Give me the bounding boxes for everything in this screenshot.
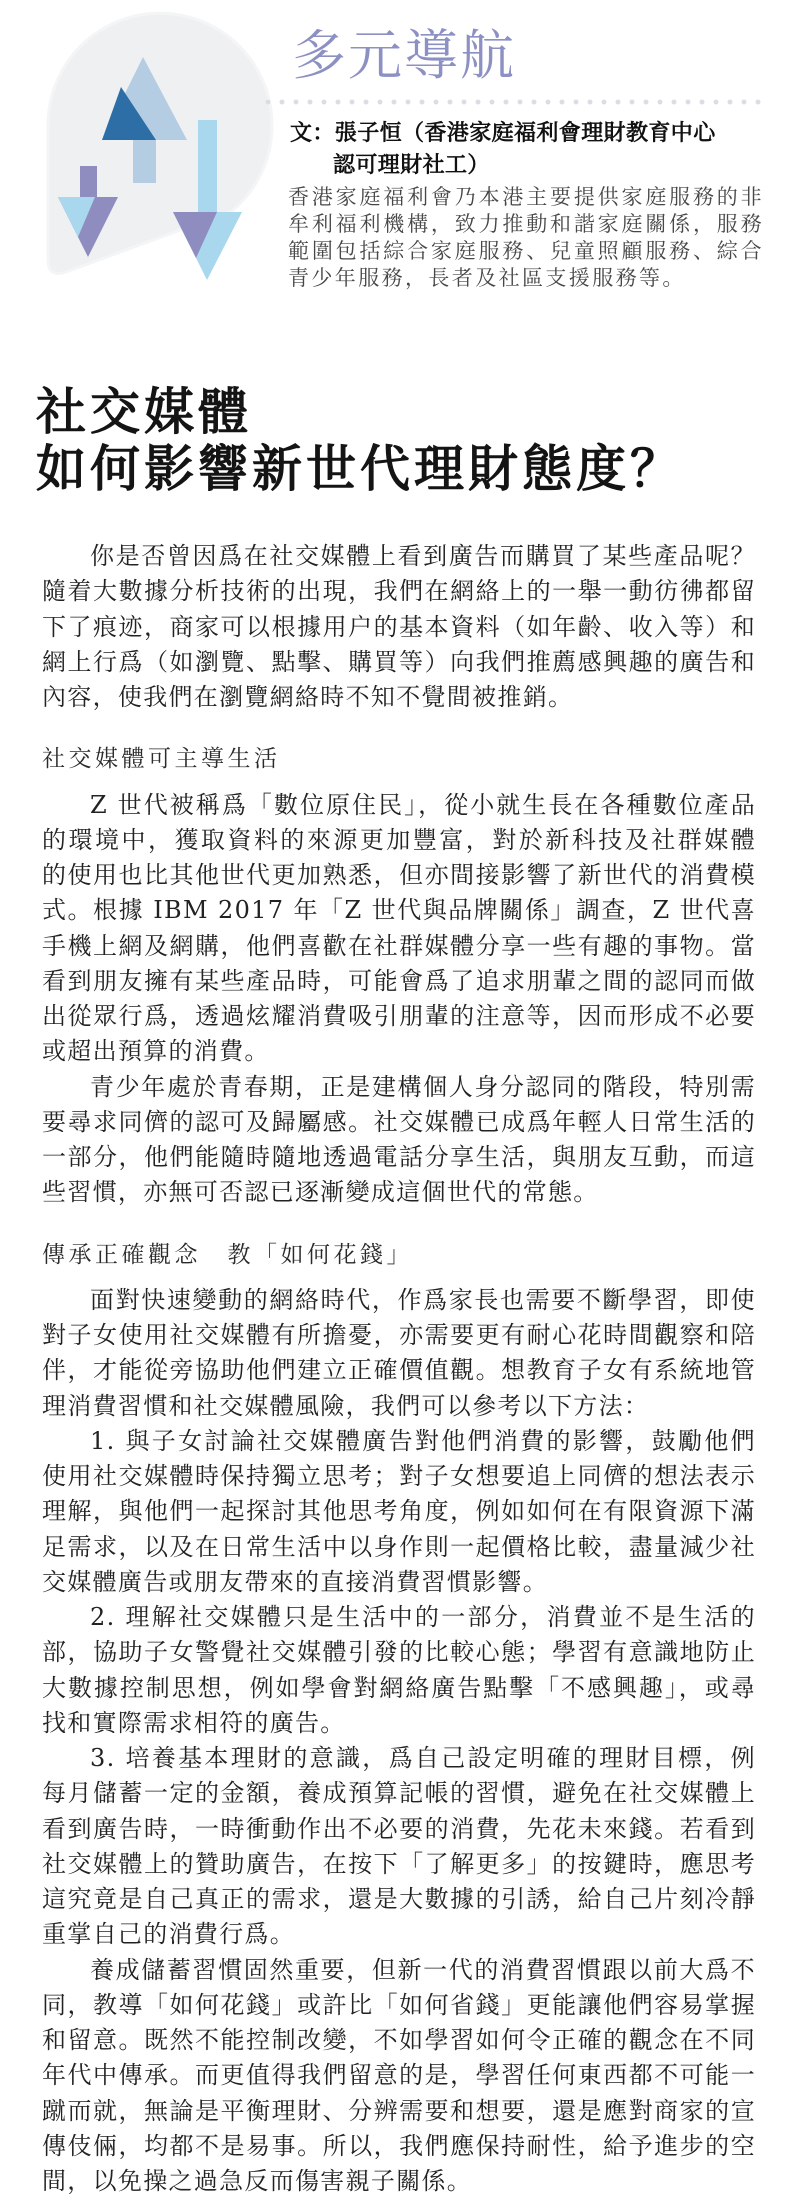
paragraph-line: 每月儲蓄一定的金額，養成預算記帳的習慣，避免在社交媒體上: [42, 1776, 756, 1811]
paragraph-line: 對子女使用社交媒體有所擔憂，亦需要更有耐心花時間觀察和陪: [42, 1318, 756, 1353]
paragraph-line: 大數據控制思想，例如學會對網絡廣告點擊「不感興趣」，或尋: [42, 1671, 756, 1706]
description-line: 範圍包括綜合家庭服務、兒童照顧服務、綜合: [288, 238, 764, 265]
paragraph-line: 和留意。既然不能控制改變，不如學習如何令正確的觀念在不同: [42, 2023, 756, 2058]
paragraph-line: 要尋求同儕的認可及歸屬感。社交媒體已成爲年輕人日常生活的: [42, 1105, 756, 1140]
paragraph-line: 下了痕迹，商家可以根據用户的基本資料（如年齡、收入等）和: [42, 610, 756, 645]
dotted-divider: [265, 99, 761, 105]
paragraph-line: 這究竟是自己真正的需求，還是大數據的引誘，給自己片刻冷靜: [42, 1882, 756, 1917]
paragraph-line: 1. 與子女討論社交媒體廣告對他們消費的影響，鼓勵他們在: [42, 1424, 756, 1459]
paragraph-line: 社交媒體上的贊助廣告，在按下「了解更多」的按鍵時，應思考: [42, 1847, 756, 1882]
up-down-arrows-icon: [0, 0, 300, 300]
paragraph-line: 面對快速變動的網絡時代，作爲家長也需要不斷學習，即使: [42, 1283, 756, 1318]
description-line: 青少年服務，長者及社區支援服務等。: [288, 265, 764, 292]
paragraph-line: 同，教導「如何花錢」或許比「如何省錢」更能讓他們容易掌握: [42, 1988, 756, 2023]
list-item-2: 2. 理解社交媒體只是生活中的一部分，消費並不是生活的全 部，協助子女警覺社交媒…: [42, 1600, 756, 1741]
paragraph-line: 使用社交媒體時保持獨立思考；對子女想要追上同儕的想法表示: [42, 1459, 756, 1494]
paragraph-line: 網上行爲（如瀏覽、點擊、購買等）向我們推薦感興趣的廣告和: [42, 645, 756, 680]
large-down-arrow-stem: [198, 120, 217, 212]
headline-line: 如何影響新世代理財態度？: [36, 440, 684, 497]
paragraph-line: 的使用也比其他世代更加熟悉，但亦間接影響了新世代的消費模: [42, 858, 756, 893]
paragraph-line: 手機上網及網購，他們喜歡在社群媒體分享一些有趣的事物。當: [42, 929, 756, 964]
paragraph-line: 間，以免操之過急反而傷害親子關係。: [42, 2164, 756, 2199]
paragraph-line: 重掌自己的消費行爲。: [42, 1917, 756, 1952]
small-down-arrow-stem: [80, 166, 97, 197]
paragraph-conclusion: 養成儲蓄習慣固然重要，但新一代的消費習慣跟以前大爲不 同，教導「如何花錢」或許比…: [42, 1953, 756, 2200]
headline-line: 社交媒體: [36, 383, 684, 440]
byline-author: 文：張子恒（香港家庭福利會理財教育中心: [290, 118, 716, 148]
newspaper-column-page: 多元導航 文：張子恒（香港家庭福利會理財教育中心 認可理財社工） 香港家庭福利會…: [0, 0, 805, 2200]
article-headline: 社交媒體 如何影響新世代理財態度？: [36, 383, 684, 497]
paragraph-line: 內容，使我們在瀏覽網絡時不知不覺間被推銷。: [42, 680, 756, 715]
paragraph-line: 式。根據 IBM 2017 年「Z 世代與品牌關係」調查，Z 世代喜歡用: [42, 893, 756, 928]
article-body: 你是否曾因爲在社交媒體上看到廣告而購買了某些產品呢？ 隨着大數據分析技術的出現，…: [42, 539, 756, 2199]
paragraph-line: 足需求，以及在日常生活中以身作則一起價格比較，盡量減少社: [42, 1530, 756, 1565]
paragraph-line: 傳伎倆，均都不是易事。所以，我們應保持耐性，給予進步的空: [42, 2129, 756, 2164]
paragraph-line: 蹴而就，無論是平衡理財、分辨需要和想要，還是應對商家的宣: [42, 2094, 756, 2129]
paragraph-line: 養成儲蓄習慣固然重要，但新一代的消費習慣跟以前大爲不: [42, 1953, 756, 1988]
paragraph-intro: 你是否曾因爲在社交媒體上看到廣告而購買了某些產品呢？ 隨着大數據分析技術的出現，…: [42, 539, 756, 715]
paragraph-line: 伴，才能從旁協助他們建立正確價值觀。想教育子女有系統地管: [42, 1353, 756, 1388]
column-title: 多元導航: [292, 24, 516, 88]
paragraph-line: 一部分，他們能隨時隨地透過電話分享生活，與朋友互動，而這: [42, 1140, 756, 1175]
section-subheading: 傳承正確觀念 教「如何花錢」: [42, 1238, 756, 1273]
paragraph: 青少年處於青春期，正是建構個人身分認同的階段，特別需 要尋求同儕的認可及歸屬感。…: [42, 1070, 756, 1211]
paragraph-line: 理解，與他們一起探討其他思考角度，例如如何在有限資源下滿: [42, 1494, 756, 1529]
description-line: 香港家庭福利會乃本港主要提供家庭服務的非: [288, 184, 764, 211]
paragraph-line: 或超出預算的消費。: [42, 1034, 756, 1069]
paragraph-line: 2. 理解社交媒體只是生活中的一部分，消費並不是生活的全: [42, 1600, 756, 1635]
list-item-3: 3. 培養基本理財的意識，爲自己設定明確的理財目標，例如 每月儲蓄一定的金額，養…: [42, 1741, 756, 1953]
paragraph-line: 些習慣，亦無可否認已逐漸變成這個世代的常態。: [42, 1175, 756, 1210]
byline-author-title: 認可理財社工）: [333, 150, 490, 180]
paragraph-line: 部，協助子女警覺社交媒體引發的比較心態；學習有意識地防止: [42, 1635, 756, 1670]
paragraph-line: 理消費習慣和社交媒體風險，我們可以參考以下方法：: [42, 1389, 756, 1424]
paragraph-line: 的環境中，獲取資料的來源更加豐富，對於新科技及社群媒體: [42, 823, 756, 858]
paragraph-line: 隨着大數據分析技術的出現，我們在網絡上的一舉一動彷彿都留: [42, 574, 756, 609]
list-item-1: 1. 與子女討論社交媒體廣告對他們消費的影響，鼓勵他們在 使用社交媒體時保持獨立…: [42, 1424, 756, 1600]
paragraph-line: 交媒體廣告或朋友帶來的直接消費習慣影響。: [42, 1565, 756, 1600]
description-line: 牟利福利機構，致力推動和諧家庭關係，服務: [288, 211, 764, 238]
paragraph: Z 世代被稱爲「數位原住民」，從小就生長在各種數位產品 的環境中，獲取資料的來源…: [42, 788, 756, 1070]
organization-description: 香港家庭福利會乃本港主要提供家庭服務的非 牟利福利機構，致力推動和諧家庭關係，服…: [288, 184, 764, 292]
paragraph-line: 看到朋友擁有某些產品時，可能會爲了追求朋輩之間的認同而做: [42, 964, 756, 999]
paragraph-line: 出從眾行爲，透過炫耀消費吸引朋輩的注意等，因而形成不必要: [42, 999, 756, 1034]
paragraph-line: 你是否曾因爲在社交媒體上看到廣告而購買了某些產品呢？: [42, 539, 756, 574]
paragraph-line: 青少年處於青春期，正是建構個人身分認同的階段，特別需: [42, 1070, 756, 1105]
paragraph-line: Z 世代被稱爲「數位原住民」，從小就生長在各種數位產品: [42, 788, 756, 823]
paragraph-line: 年代中傳承。而更值得我們留意的是，學習任何東西都不可能一: [42, 2058, 756, 2093]
paragraph-line: 看到廣告時，一時衝動作出不必要的消費，先花未來錢。若看到: [42, 1812, 756, 1847]
paragraph: 面對快速變動的網絡時代，作爲家長也需要不斷學習，即使 對子女使用社交媒體有所擔憂…: [42, 1283, 756, 1424]
section-subheading: 社交媒體可主導生活: [42, 742, 756, 777]
paragraph-line: 3. 培養基本理財的意識，爲自己設定明確的理財目標，例如: [42, 1741, 756, 1776]
paragraph-line: 找和實際需求相符的廣告。: [42, 1706, 756, 1741]
